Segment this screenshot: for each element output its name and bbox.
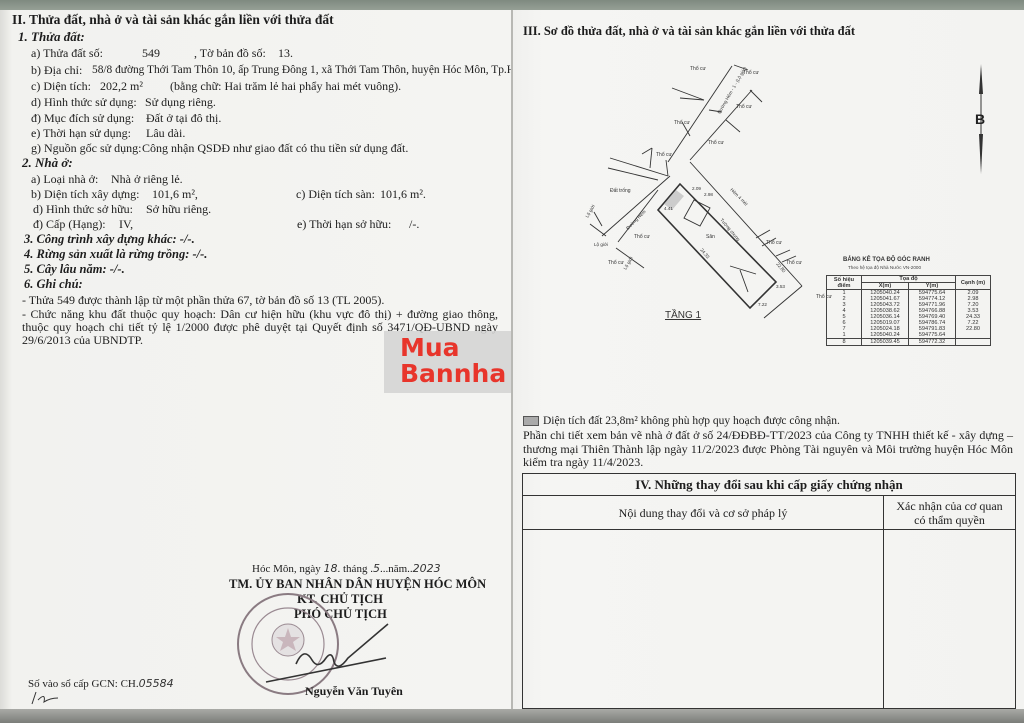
scan-border-bottom [0, 709, 1024, 723]
gcn-number: 05584 [139, 677, 174, 690]
svg-text:Tường chung: Tường chung [719, 217, 741, 242]
signing-org: TM. ỦY BAN NHÂN DÂN HUYỆN HÓC MÔN [229, 577, 486, 591]
origin-value: Công nhận QSDĐ như giao đất có thu tiền … [142, 141, 408, 155]
section-ii-title: II. Thửa đất, nhà ở và tài sản khác gắn … [12, 13, 334, 27]
changes-col-content: Nội dung thay đổi và cơ sở pháp lý [523, 496, 884, 530]
svg-text:Sân: Sân [706, 234, 715, 240]
date-year: 2023 [413, 562, 441, 575]
svg-text:Thổ cư: Thổ cư [766, 239, 783, 246]
initials-icon [28, 690, 68, 706]
year-prefix: năm [388, 563, 407, 575]
svg-text:2.09: 2.09 [692, 186, 701, 191]
table-row: 8 1205039.45 594772.32 [827, 339, 991, 346]
changes-table: IV. Những thay đổi sau khi cấp giấy chứn… [522, 473, 1016, 709]
floor-area-value: 101,6 m². [380, 187, 426, 201]
address-label: b) Địa chỉ: [31, 63, 82, 77]
legend-line: Diện tích đất 23,8m² không phù hợp quy h… [523, 414, 840, 428]
floor-label: TẦNG 1 [665, 308, 702, 321]
month-prefix: tháng [343, 563, 367, 575]
stamp-icon [238, 594, 338, 694]
watermark-line-2: Bannha [400, 361, 506, 387]
gcn-label: Số vào sổ cấp GCN: CH. [28, 678, 139, 690]
plantation-forest: 4. Rừng sản xuất là rừng trồng: -/-. [24, 247, 207, 261]
cell-point: 8 [827, 339, 862, 346]
gcn-entry: Số vào sổ cấp GCN: CH.05584 [28, 677, 174, 691]
col-point: Số hiệu điểm [827, 276, 862, 290]
map-sheet-number: 13. [278, 46, 293, 60]
grade-label: đ) Cấp (Hạng): [33, 217, 106, 231]
section-iii-title: III. Sơ đồ thửa đất, nhà ở và tài sản kh… [523, 24, 855, 38]
purpose-value: Đất ở tại đô thị. [146, 111, 221, 125]
svg-text:Lộ giới: Lộ giới [623, 256, 634, 271]
area-label: c) Diện tích: [31, 79, 91, 93]
use-form-label: d) Hình thức sử dụng: [31, 95, 137, 109]
date-day: 18 [324, 562, 338, 575]
svg-text:Thổ cư: Thổ cư [608, 259, 625, 266]
svg-text:24.33: 24.33 [699, 247, 711, 259]
svg-text:Thổ cư: Thổ cư [634, 233, 651, 240]
perennial-trees: 5. Cây lâu năm: -/-. [24, 262, 125, 276]
term-value: Lâu dài. [146, 126, 185, 140]
own-term-label: e) Thời hạn sở hữu: [297, 217, 391, 231]
col-y: Y(m) [909, 283, 956, 290]
floor-area-label: c) Diện tích sàn: [296, 187, 375, 201]
col-coords: Tọa độ [862, 276, 956, 283]
map-sheet-label: , Tờ bản đồ số: [194, 46, 266, 60]
parcel-label: a) Thửa đất số: [31, 46, 103, 60]
col-x: X(m) [862, 283, 909, 290]
svg-text:Thổ cư: Thổ cư [786, 259, 803, 266]
coord-table-title: BẢNG KÊ TỌA ĐỘ GÓC RANH [843, 257, 930, 263]
svg-text:22.80: 22.80 [775, 261, 787, 273]
date-prefix: Hóc Môn, ngày [252, 563, 321, 575]
house-type-value: Nhà ở riêng lẻ. [111, 172, 183, 186]
ownership-label: d) Hình thức sở hữu: [33, 202, 133, 216]
changes-confirm-cell [884, 530, 1016, 709]
svg-text:Hẻm 4 mét: Hẻm 4 mét [729, 187, 749, 207]
svg-text:Lộ giới: Lộ giới [585, 204, 596, 219]
area-words: (bằng chữ: Hai trăm lẻ hai phẩy hai mét … [170, 79, 401, 93]
note-item: - Thửa 549 được thành lập từ một phần th… [22, 293, 384, 307]
svg-text:Thổ cư: Thổ cư [708, 139, 725, 146]
house-heading: 2. Nhà ở: [22, 156, 73, 170]
watermark-line-1: Mua [400, 335, 460, 361]
svg-text:Thổ cư: Thổ cư [656, 151, 673, 158]
origin-label: g) Nguồn gốc sử dụng: [31, 141, 142, 155]
svg-text:3.53: 3.53 [776, 284, 785, 289]
term-label: e) Thời hạn sử dụng: [31, 126, 131, 140]
svg-text:Lộ giới: Lộ giới [594, 242, 608, 247]
date-month: 5 [373, 562, 380, 575]
purpose-label: đ) Mục đích sử dụng: [31, 111, 134, 125]
north-arrow-icon: B [966, 64, 996, 184]
svg-text:4.41: 4.41 [664, 206, 673, 211]
other-construction: 3. Công trình xây dựng khác: -/-. [24, 232, 195, 246]
legend-swatch-icon [523, 416, 539, 426]
house-type-label: a) Loại nhà ở: [31, 172, 98, 186]
col-edge: Cạnh (m) [956, 276, 991, 290]
changes-content-cell [523, 530, 884, 709]
cell-x: 1205039.45 [862, 339, 909, 346]
built-area-label: b) Diện tích xây dựng: [31, 187, 139, 201]
address-value: 58/8 đường Thới Tam Thôn 10, ấp Trung Đô… [92, 63, 533, 77]
notes-heading: 6. Ghi chú: [24, 277, 83, 291]
changes-col-confirm: Xác nhận của cơ quan có thẩm quyền [884, 496, 1016, 530]
coordinate-table: Số hiệu điểm Tọa độ Cạnh (m) X(m) Y(m) 1… [826, 275, 991, 346]
ownership-value: Sở hữu riêng. [146, 202, 211, 216]
svg-text:7.22: 7.22 [758, 302, 767, 307]
coord-table-subtitle: Theo hệ tọa độ Nhà Nước VN-2000 [848, 265, 921, 270]
signature-date: Hóc Môn, ngày 18. tháng .5...năm..2023 [252, 562, 441, 576]
own-term-value: /-. [409, 217, 419, 231]
svg-text:Thổ cư: Thổ cư [674, 119, 691, 126]
legend-text: Diện tích đất 23,8m² không phù hợp quy h… [543, 415, 840, 427]
changes-title: IV. Những thay đổi sau khi cấp giấy chứn… [523, 474, 1016, 496]
detail-text: Phần chi tiết xem bản vẽ nhà ở đất ở số … [523, 429, 1013, 470]
land-heading: 1. Thửa đất: [18, 30, 85, 44]
north-label: B [975, 111, 985, 127]
parcel-diagram: Thổ cư Thổ cư Thổ cư Thổ cư Thổ cư Thổ c… [580, 60, 840, 325]
svg-text:2.98: 2.98 [704, 192, 713, 197]
area-value: 202,2 m² [100, 79, 143, 93]
cell-y: 594772.32 [909, 339, 956, 346]
svg-text:Thổ cư: Thổ cư [736, 103, 753, 110]
grade-value: IV, [119, 217, 133, 231]
svg-text:Đất trống: Đất trống [610, 188, 631, 194]
cell-edge [956, 339, 991, 346]
built-area-value: 101,6 m², [152, 187, 198, 201]
signer-name: Nguyễn Văn Tuyên [305, 684, 403, 698]
parcel-number: 549 [142, 46, 160, 60]
svg-text:Thổ cư: Thổ cư [690, 65, 707, 72]
use-form-value: Sử dụng riêng. [145, 95, 216, 109]
